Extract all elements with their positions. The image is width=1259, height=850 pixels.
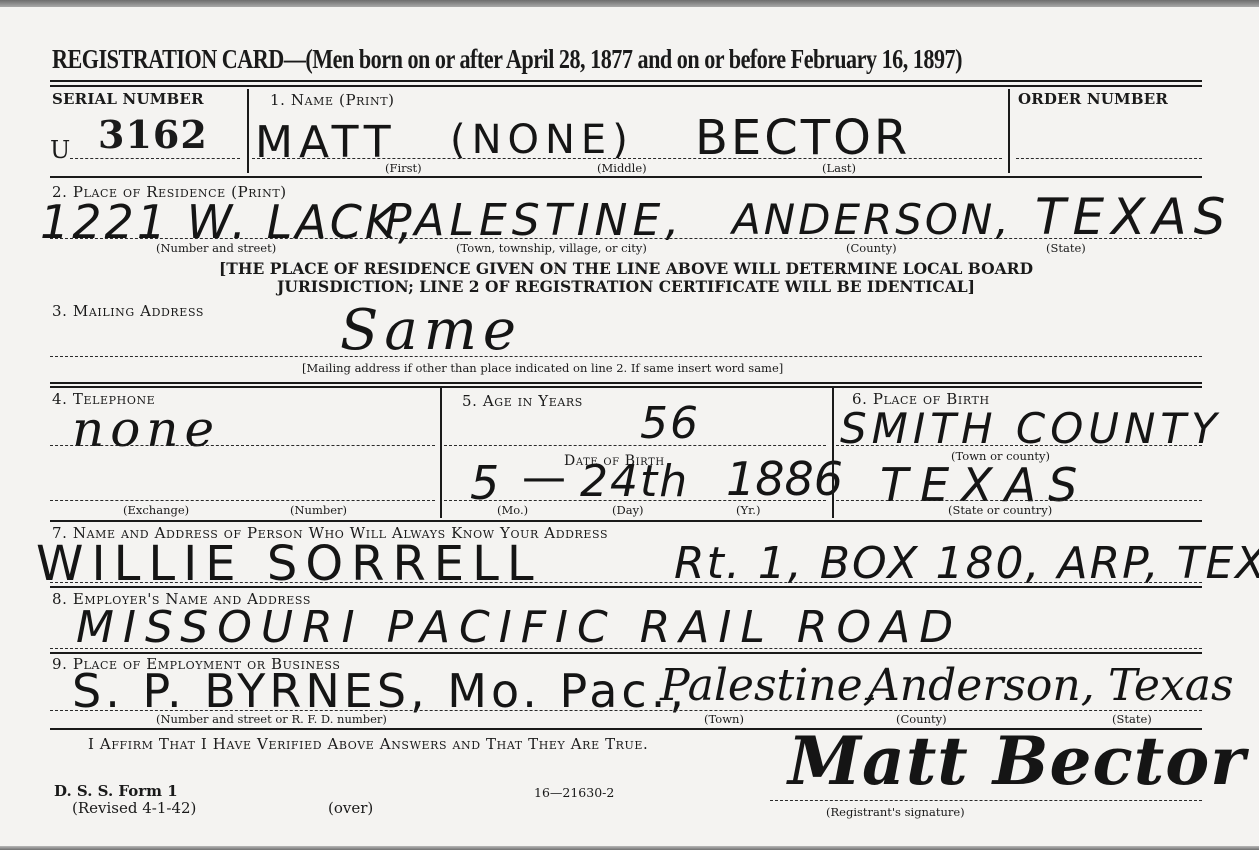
- residence-county-caption: (County): [846, 241, 897, 255]
- dob-month: 5: [470, 456, 505, 510]
- order-number-underline: [1016, 158, 1202, 159]
- print-code: 16—21630-2: [534, 785, 614, 800]
- signature-underline: [770, 800, 1202, 801]
- registrant-signature: Matt Bector: [788, 722, 1246, 800]
- dob-day-caption: (Day): [612, 503, 644, 517]
- mailing-underline: [50, 356, 1202, 357]
- mailing-caption: [Mailing address if other than place ind…: [302, 361, 783, 375]
- employer-underline: [50, 648, 1202, 649]
- employment-county: Anderson,: [868, 660, 1095, 711]
- age-label: 5. Age in Years: [462, 392, 583, 410]
- birthplace-town-underline: [836, 445, 1202, 446]
- residence-notice-line1: [THE PLACE OF RESIDENCE GIVEN ON THE LIN…: [50, 260, 1202, 277]
- mailing-label: 3. Mailing Address: [52, 302, 204, 320]
- row4-bottom-rule: [50, 520, 1202, 522]
- serial-number-label: SERIAL NUMBER: [52, 90, 204, 108]
- scan-bottom-edge: [0, 846, 1259, 850]
- residence-underline: [50, 238, 1202, 239]
- mailing-value: Same: [340, 298, 522, 363]
- row3-bottom-rule-a: [50, 382, 1202, 384]
- telephone-value: none: [72, 400, 220, 458]
- employer-value: MISSOURI PACIFIC RAIL ROAD: [76, 602, 962, 653]
- employment-town: Palestine,: [660, 660, 877, 711]
- age-underline: [444, 445, 826, 446]
- residence-state-caption: (State): [1046, 241, 1086, 255]
- row7-bottom-rule: [50, 586, 1202, 588]
- row3-bottom-rule-b: [50, 386, 1202, 388]
- residence-county: ANDERSON,: [732, 195, 1012, 244]
- name-first-caption: (First): [385, 161, 422, 175]
- dob-separator: —: [522, 452, 572, 503]
- dob-year-caption: (Yr.): [736, 503, 760, 517]
- order-number-label: ORDER NUMBER: [1018, 90, 1168, 108]
- serial-underline: [70, 158, 240, 159]
- birthplace-state-underline: [836, 500, 1202, 501]
- dob-underline: [444, 500, 826, 501]
- employment-street-caption: (Number and street or R. F. D. number): [156, 712, 387, 726]
- scan-top-edge: [0, 0, 1259, 7]
- divider-serial-name: [247, 89, 249, 173]
- telephone-number-underline: [50, 500, 435, 501]
- card-title: REGISTRATION CARD—(Men born on or after …: [52, 44, 962, 75]
- name-first: MATT: [255, 117, 397, 168]
- age-value: 56: [640, 398, 700, 449]
- title-rule-bottom: [50, 85, 1202, 87]
- contact-name: WILLIE SORRELL: [36, 536, 542, 592]
- dob-month-caption: (Mo.): [497, 503, 528, 517]
- affirmation-text: I Affirm That I Have Verified Above Answ…: [88, 735, 648, 753]
- form-revised: (Revised 4-1-42): [72, 799, 196, 817]
- telephone-number-caption: (Number): [290, 503, 347, 517]
- residence-town-caption: (Town, township, village, or city): [456, 241, 647, 255]
- employment-underline: [50, 710, 1202, 711]
- serial-prefix: U: [50, 136, 70, 164]
- name-label: 1. Name (Print): [270, 91, 395, 109]
- employment-town-caption: (Town): [704, 712, 744, 726]
- divider-name-order: [1008, 89, 1010, 173]
- name-middle-caption: (Middle): [597, 161, 647, 175]
- form-over: (over): [328, 799, 373, 817]
- residence-street-caption: (Number and street): [156, 241, 276, 255]
- form-number: D. S. S. Form 1: [54, 782, 178, 800]
- divider-age-birthplace: [832, 388, 834, 518]
- row1-bottom-rule: [50, 176, 1202, 178]
- name-underline: [252, 158, 1002, 159]
- divider-telephone-age: [440, 388, 442, 518]
- name-middle: (NONE): [450, 117, 634, 163]
- telephone-underline: [50, 445, 435, 446]
- signature-caption: (Registrant's signature): [826, 805, 965, 819]
- serial-number-value: 3162: [98, 112, 208, 157]
- name-last-caption: (Last): [822, 161, 856, 175]
- contact-underline: [50, 582, 1202, 583]
- birthplace-state-caption: (State or country): [948, 503, 1052, 517]
- row8-bottom-rule: [50, 652, 1202, 654]
- employment-state: Texas: [1108, 660, 1234, 711]
- residence-notice-line2: JURISDICTION; LINE 2 OF REGISTRATION CER…: [50, 278, 1202, 295]
- telephone-exchange-caption: (Exchange): [123, 503, 189, 517]
- title-rule-top: [50, 80, 1202, 82]
- dob-year: 1886: [726, 452, 843, 506]
